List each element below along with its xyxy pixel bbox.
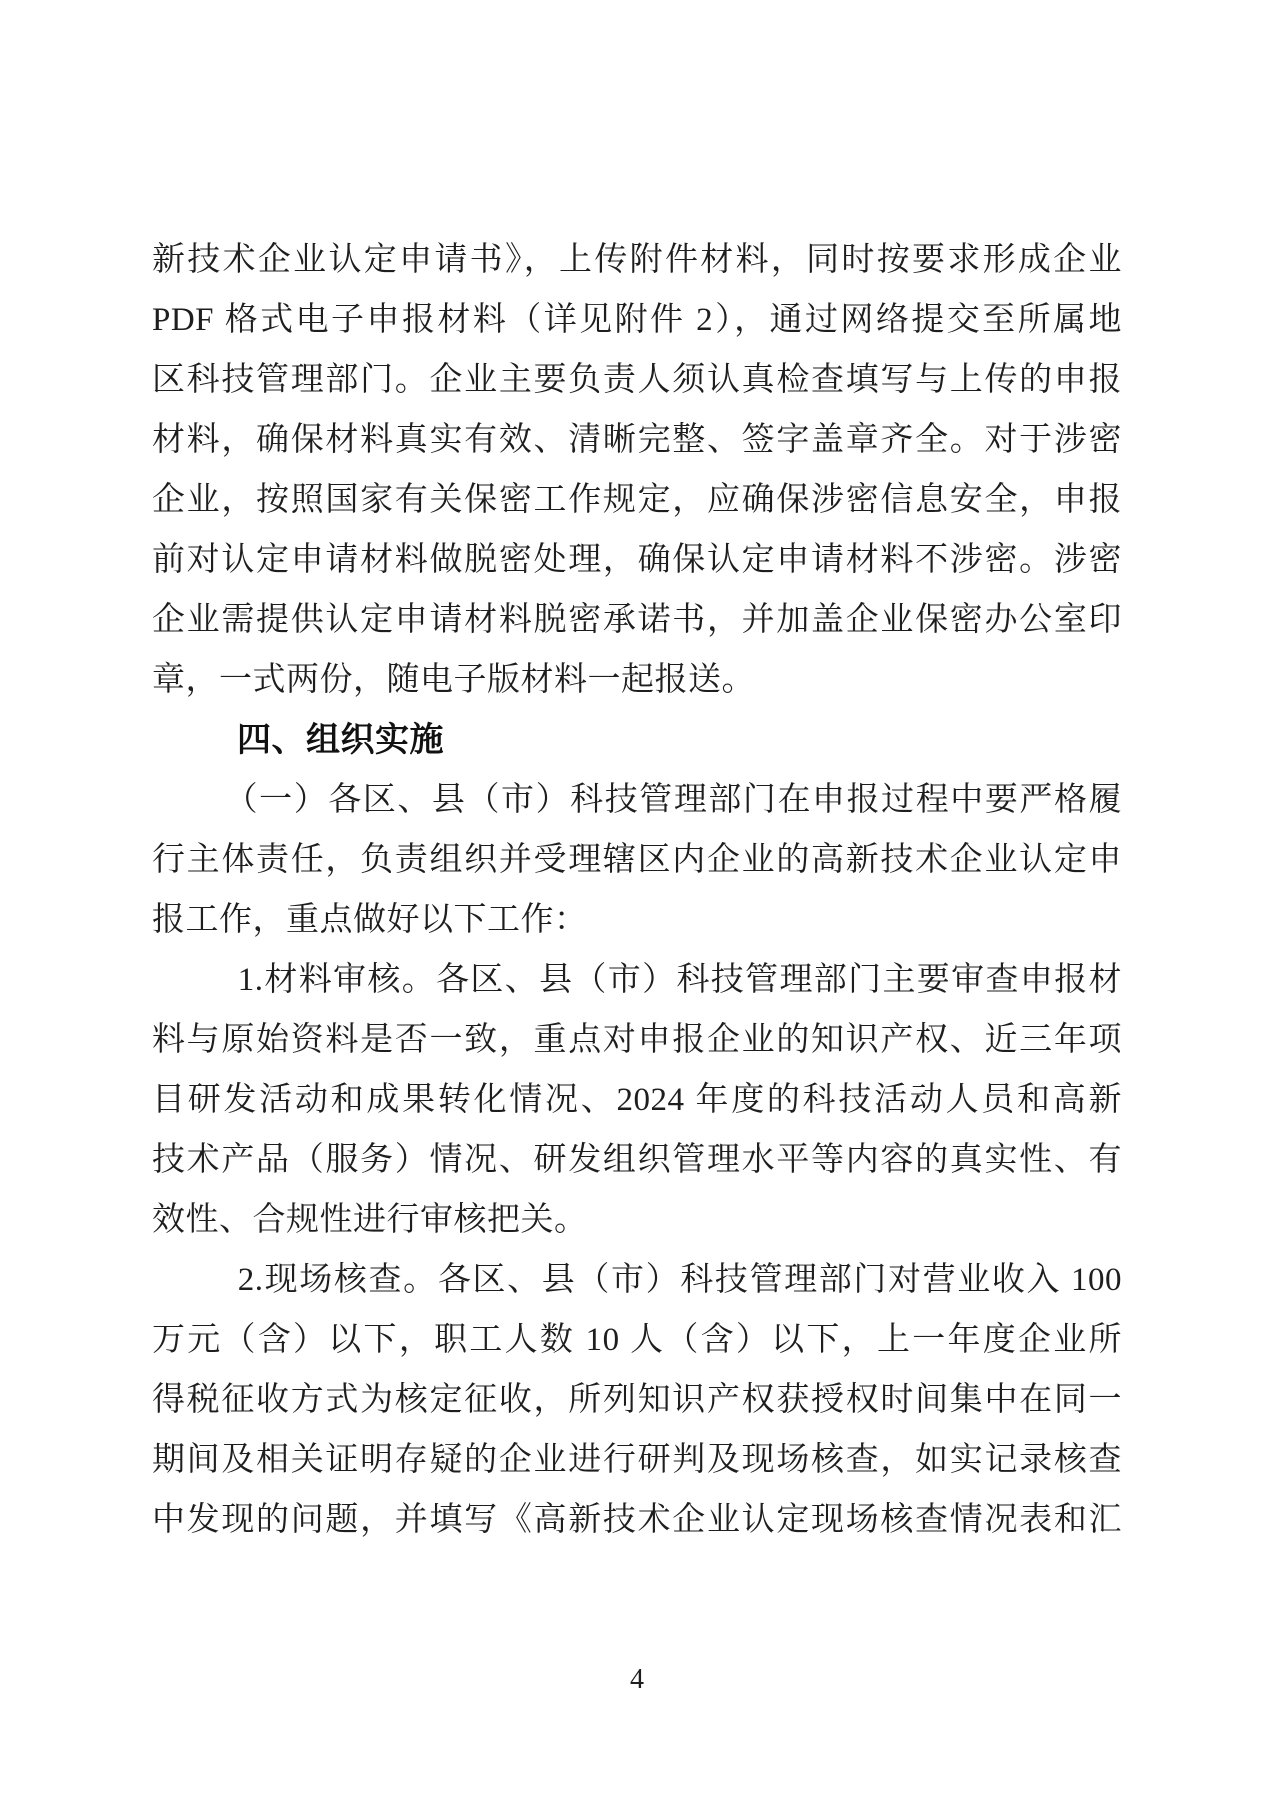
text-line: 万元（含）以下，职工人数 10 人（含）以下，上一年度企业所 bbox=[152, 1310, 1122, 1370]
text-line: 章，一式两份，随电子版材料一起报送。 bbox=[152, 650, 1122, 710]
text-line: 中发现的问题，并填写《高新技术企业认定现场核查情况表和汇 bbox=[152, 1490, 1122, 1550]
text-line: 区科技管理部门。企业主要负责人须认真检查填写与上传的申报 bbox=[152, 350, 1122, 410]
text-line: 技术产品（服务）情况、研发组织管理水平等内容的真实性、有 bbox=[152, 1130, 1122, 1190]
document-page: 新技术企业认定申请书》，上传附件材料，同时按要求形成企业PDF 格式电子申报材料… bbox=[0, 0, 1280, 1811]
text-line: 1.材料审核。各区、县（市）科技管理部门主要审查申报材 bbox=[152, 950, 1122, 1010]
text-line: 得税征收方式为核定征收，所列知识产权获授权时间集中在同一 bbox=[152, 1370, 1122, 1430]
text-line: 2.现场核查。各区、县（市）科技管理部门对营业收入 100 bbox=[152, 1250, 1122, 1310]
text-line: （一）各区、县（市）科技管理部门在申报过程中要严格履 bbox=[152, 770, 1122, 830]
text-line: 企业，按照国家有关保密工作规定，应确保涉密信息安全，申报 bbox=[152, 470, 1122, 530]
text-line: 材料，确保材料真实有效、清晰完整、签字盖章齐全。对于涉密 bbox=[152, 410, 1122, 470]
text-line: 期间及相关证明存疑的企业进行研判及现场核查，如实记录核查 bbox=[152, 1430, 1122, 1490]
page-number: 4 bbox=[152, 1660, 1122, 1700]
text-line: 行主体责任，负责组织并受理辖区内企业的高新技术企业认定申 bbox=[152, 830, 1122, 890]
text-line: 料与原始资料是否一致，重点对申报企业的知识产权、近三年项 bbox=[152, 1010, 1122, 1070]
text-line: 报工作，重点做好以下工作： bbox=[152, 890, 1122, 950]
text-line: 新技术企业认定申请书》，上传附件材料，同时按要求形成企业 bbox=[152, 230, 1122, 290]
document-body: 新技术企业认定申请书》，上传附件材料，同时按要求形成企业PDF 格式电子申报材料… bbox=[152, 230, 1122, 1550]
section-heading: 四、组织实施 bbox=[152, 710, 1122, 770]
text-line: PDF 格式电子申报材料（详见附件 2），通过网络提交至所属地 bbox=[152, 290, 1122, 350]
text-line: 前对认定申请材料做脱密处理，确保认定申请材料不涉密。涉密 bbox=[152, 530, 1122, 590]
text-line: 效性、合规性进行审核把关。 bbox=[152, 1190, 1122, 1250]
text-line: 目研发活动和成果转化情况、2024 年度的科技活动人员和高新 bbox=[152, 1070, 1122, 1130]
text-line: 企业需提供认定申请材料脱密承诺书，并加盖企业保密办公室印 bbox=[152, 590, 1122, 650]
